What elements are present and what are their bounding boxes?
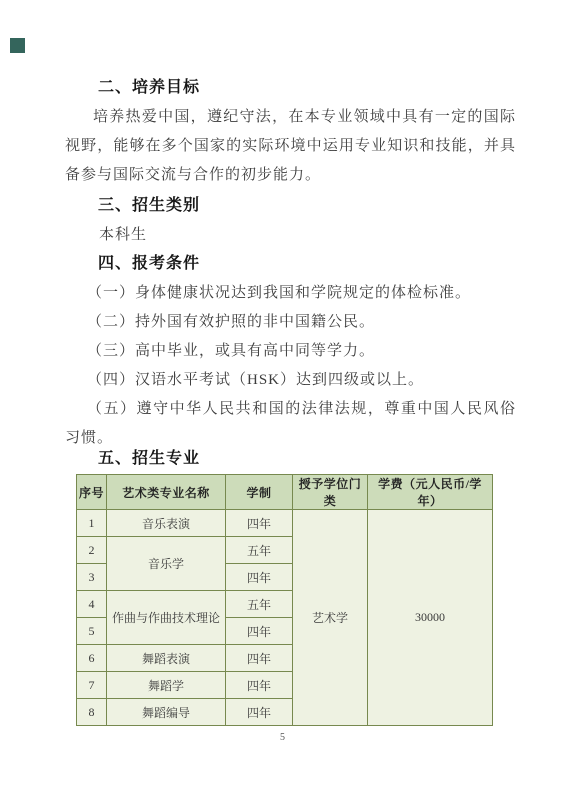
section-heading-application-requirements: 四、报考条件 [65,254,515,274]
cell-fee: 30000 [368,510,493,726]
cell-duration: 四年 [226,699,293,726]
document-page: 二、培养目标 培养热爱中国，遵纪守法，在本专业领域中具有一定的国际 视野，能够在… [0,0,565,800]
cell-duration: 五年 [226,591,293,618]
requirement-item: （一）身体健康状况达到我国和学院规定的体检标准。 [65,283,515,303]
cell-no: 3 [77,564,107,591]
cell-major: 音乐表演 [107,510,226,537]
table-header-cell-major: 艺术类专业名称 [107,475,226,510]
section-heading-enrollment-category: 三、招生类别 [65,196,515,216]
cell-no: 6 [77,645,107,672]
majors-table: 序号 艺术类专业名称 学制 授予学位门类 学费（元人民币/学年） 1 音乐表演 … [76,474,493,726]
table-header-row: 序号 艺术类专业名称 学制 授予学位门类 学费（元人民币/学年） [77,475,493,510]
cell-no: 7 [77,672,107,699]
cell-no: 1 [77,510,107,537]
section-heading-enrollment-majors: 五、招生专业 [65,449,515,469]
table-row: 1 音乐表演 四年 艺术学 30000 [77,510,493,537]
paragraph-line: 视野，能够在多个国家的实际环境中运用专业知识和技能，并具 [65,136,515,156]
cell-degree-category: 艺术学 [293,510,368,726]
cell-no: 4 [77,591,107,618]
cell-duration: 四年 [226,645,293,672]
requirement-item: （四）汉语水平考试（HSK）达到四级或以上。 [65,370,515,390]
page-number: 5 [0,732,565,743]
cell-duration: 四年 [226,510,293,537]
scan-corner-mark [10,38,25,53]
cell-major: 舞蹈表演 [107,645,226,672]
cell-duration: 四年 [226,618,293,645]
cell-duration: 四年 [226,564,293,591]
cell-no: 8 [77,699,107,726]
cell-no: 5 [77,618,107,645]
enrollment-category-value: 本科生 [65,225,515,245]
cell-major: 舞蹈编导 [107,699,226,726]
requirement-item: （二）持外国有效护照的非中国籍公民。 [65,312,515,332]
section-heading-training-objective: 二、培养目标 [65,78,515,98]
paragraph-line: 培养热爱中国，遵纪守法，在本专业领域中具有一定的国际 [65,107,515,127]
cell-major: 音乐学 [107,537,226,591]
table-header-cell-fee: 学费（元人民币/学年） [368,475,493,510]
cell-major: 作曲与作曲技术理论 [107,591,226,645]
table-header-cell-degree: 授予学位门类 [293,475,368,510]
cell-duration: 五年 [226,537,293,564]
table-header-cell-no: 序号 [77,475,107,510]
requirement-item: （三）高中毕业，或具有高中同等学力。 [65,341,515,361]
table-header-cell-duration: 学制 [226,475,293,510]
paragraph-line: 备参与国际交流与合作的初步能力。 [65,165,515,185]
requirement-item-continuation: 习惯。 [65,428,515,448]
cell-major: 舞蹈学 [107,672,226,699]
requirement-item: （五）遵守中华人民共和国的法律法规，尊重中国人民风俗 [65,399,515,419]
cell-no: 2 [77,537,107,564]
cell-duration: 四年 [226,672,293,699]
